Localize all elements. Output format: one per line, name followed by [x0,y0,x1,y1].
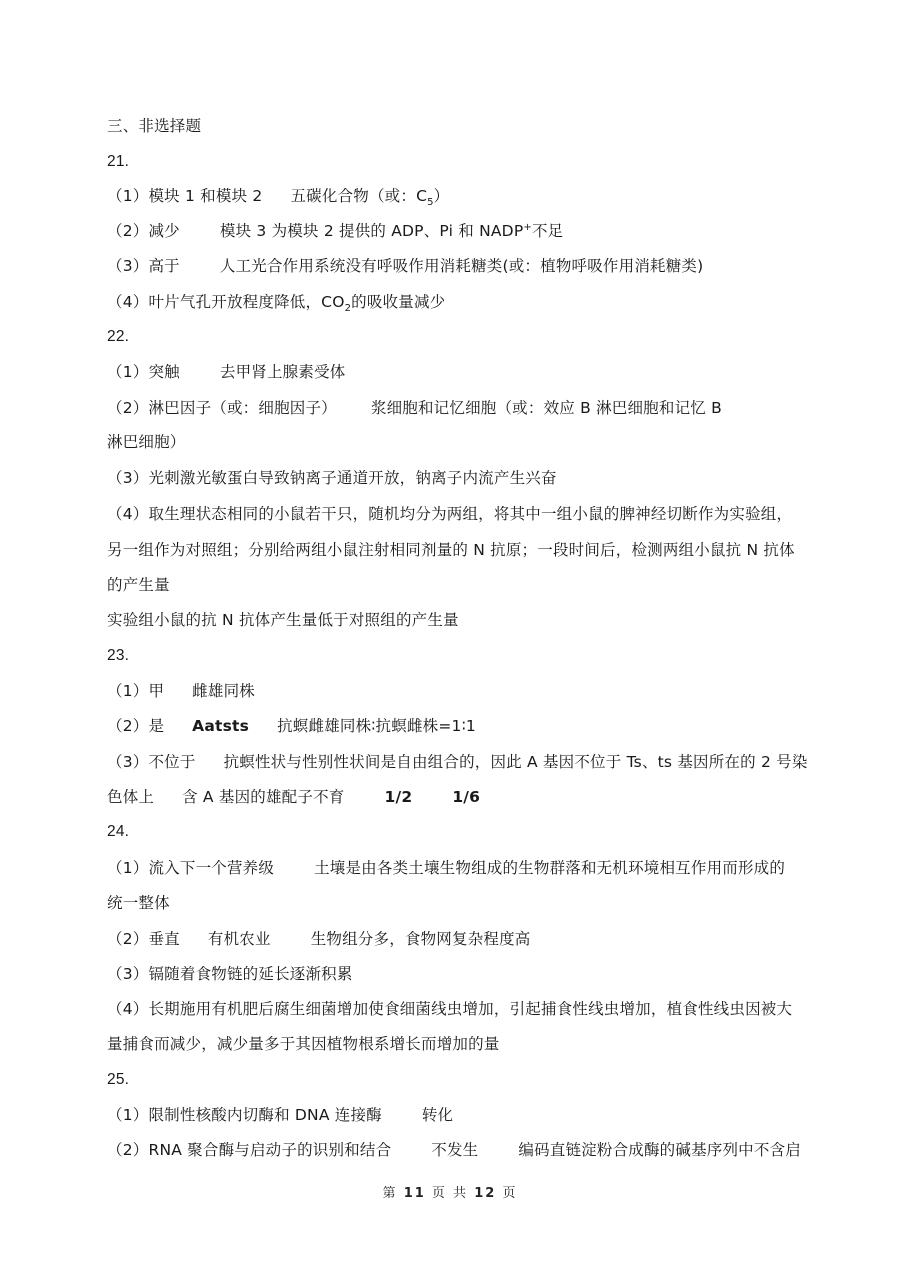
footer-prefix: 第 [383,1186,398,1201]
answer: 甲 [148,682,164,700]
part-label: （4） [107,1000,148,1018]
genotype: Aatsts [192,717,249,735]
q22-part1: （1）突触去甲肾上腺素受体 [107,362,345,382]
q21-part2: （2）减少模块 3 为模块 2 提供的 ADP、Pi 和 NADP+不足 [107,221,563,241]
q23-part2: （2）是Aatsts抗螟雌雄同株∶抗螟雌株=1∶1 [107,716,476,736]
q22-part4: （4）取生理状态相同的小鼠若干只，随机均分为两组，将其中一组小鼠的脾神经切断作为… [107,504,792,524]
q22-part2-cont: 淋巴细胞） [107,432,186,452]
q22-part4-line3: 的产生量 [107,575,170,595]
answer: 长期施用有机肥后腐生细菌增加使食细菌线虫增加，引起捕食性线虫增加，植食性线虫因被… [148,1000,792,1018]
answer: 转化 [422,1106,453,1124]
part-label: （3） [107,469,148,487]
answer: 五碳化合物（或：C [290,187,427,205]
q24-part3: （3）镉随着食物链的延长逐渐积累 [107,964,353,984]
answer: 淋巴因子（或：细胞因子） [148,399,336,417]
q22-part4-line4: 实验组小鼠的抗 N 抗体产生量低于对照组的产生量 [107,610,459,630]
footer-suffix: 页 [502,1186,517,1201]
answer: 限制性核酸内切酶和 DNA 连接酶 [148,1106,381,1124]
q22-part2: （2）淋巴因子（或：细胞因子）浆细胞和记忆细胞（或：效应 B 淋巴细胞和记忆 B [107,398,722,418]
answer: 抗螟雌雄同株∶抗螟雌株=1∶1 [277,717,476,735]
answer: 色体上 [107,788,154,806]
q23-part3: （3）不位于抗螟性状与性别性状间是自由组合的，因此 A 基因不位于 Ts、ts … [107,752,808,772]
part-label: （1） [107,682,148,700]
superscript: + [523,222,532,233]
answer: 镉随着食物链的延长逐渐积累 [148,965,352,983]
part-label: （2） [107,399,148,417]
part-label: （2） [107,717,148,735]
answer: 光刺激光敏蛋白导致钠离子通道开放，钠离子内流产生兴奋 [148,469,556,487]
answer: 土壤是由各类土壤生物组成的生物群落和无机环境相互作用而形成的 [314,859,785,877]
q21-part4: （4）叶片气孔开放程度降低，CO2的吸收量减少 [107,292,445,312]
answer: 去甲肾上腺素受体 [220,363,346,381]
answer: 取生理状态相同的小鼠若干只，随机均分为两组，将其中一组小鼠的脾神经切断作为实验组… [148,505,792,523]
part-label: （3） [107,753,148,771]
answer: 流入下一个营养级 [148,859,274,877]
part-label: （1） [107,859,148,877]
q24-part1: （1）流入下一个营养级土壤是由各类土壤生物组成的生物群落和无机环境相互作用而形成… [107,858,785,878]
fraction: 1/2 [384,788,412,806]
answer: 是 [148,717,164,735]
answer: 浆细胞和记忆细胞（或：效应 B 淋巴细胞和记忆 B [371,399,722,417]
q24-part2: （2）垂直有机农业生物组分多，食物网复杂程度高 [107,929,531,949]
question-number-24: 24. [107,822,129,842]
answer: 含 A 基因的雄配子不育 [182,788,344,806]
q21-part1: （1）模块 1 和模块 2五碳化合物（或：C5） [107,186,449,206]
page-footer: 第 11 页 共 12 页 [0,1182,900,1201]
answer-end: 的吸收量减少 [351,293,445,311]
answer: 有机农业 [208,930,271,948]
answer: 模块 1 和模块 2 [148,187,262,205]
part-label: （3） [107,965,148,983]
q24-part4-line2: 量捕食而减少，减少量多于其因植物根系增长而增加的量 [107,1034,500,1054]
answer: 生物组分多，食物网复杂程度高 [311,930,531,948]
fraction: 1/6 [452,788,480,806]
part-label: （1） [107,1106,148,1124]
q25-part2: （2）RNA 聚合酶与启动子的识别和结合不发生编码直链淀粉合成酶的碱基序列中不含… [107,1140,801,1160]
q23-part1: （1）甲雌雄同株 [107,681,255,701]
part-label: （1） [107,363,148,381]
part-label: （2） [107,1141,148,1159]
answer: 人工光合作用系统没有呼吸作用消耗糖类(或：植物呼吸作用消耗糖类) [220,257,704,275]
answer: 垂直 [148,930,179,948]
answer: RNA 聚合酶与启动子的识别和结合 [148,1141,391,1159]
answer-end: ） [434,187,450,205]
answer: 突触 [148,363,179,381]
q25-part1: （1）限制性核酸内切酶和 DNA 连接酶转化 [107,1105,453,1125]
q23-part3-cont: 色体上含 A 基因的雄配子不育1/21/6 [107,787,480,807]
footer-mid: 页 共 [432,1186,468,1201]
q24-part4: （4）长期施用有机肥后腐生细菌增加使食细菌线虫增加，引起捕食性线虫增加，植食性线… [107,999,792,1019]
answer: 模块 3 为模块 2 提供的 ADP、Pi 和 NADP [220,222,524,240]
question-number-21: 21. [107,152,129,172]
answer: 不位于 [148,753,195,771]
answer: 不发生 [431,1141,478,1159]
q22-part3: （3）光刺激光敏蛋白导致钠离子通道开放，钠离子内流产生兴奋 [107,468,557,488]
part-label: （2） [107,222,148,240]
question-number-22: 22. [107,327,129,347]
document-page: 三、非选择题 21. （1）模块 1 和模块 2五碳化合物（或：C5） （2）减… [0,0,900,1272]
part-label: （2） [107,930,148,948]
part-label: （4） [107,293,148,311]
question-number-25: 25. [107,1070,129,1090]
q21-part3: （3）高于人工光合作用系统没有呼吸作用消耗糖类(或：植物呼吸作用消耗糖类) [107,256,703,276]
current-page-number: 11 [404,1186,426,1201]
q24-part1-cont: 统一整体 [107,893,170,913]
total-pages-number: 12 [474,1186,496,1201]
answer-end: 不足 [532,222,563,240]
q22-part4-line2: 另一组作为对照组；分别给两组小鼠注射相同剂量的 N 抗原；一段时间后，检测两组小… [107,540,795,560]
answer: 雌雄同株 [192,682,255,700]
part-label: （4） [107,505,148,523]
part-label: （1） [107,187,148,205]
section-title: 三、非选择题 [107,116,201,136]
answer: 高于 [148,257,179,275]
part-label: （3） [107,257,148,275]
question-number-23: 23. [107,646,129,666]
answer: 抗螟性状与性别性状间是自由组合的，因此 A 基因不位于 Ts、ts 基因所在的 … [224,753,808,771]
answer: 叶片气孔开放程度降低，CO [148,293,344,311]
answer: 编码直链淀粉合成酶的碱基序列中不含启 [518,1141,801,1159]
answer: 减少 [148,222,179,240]
